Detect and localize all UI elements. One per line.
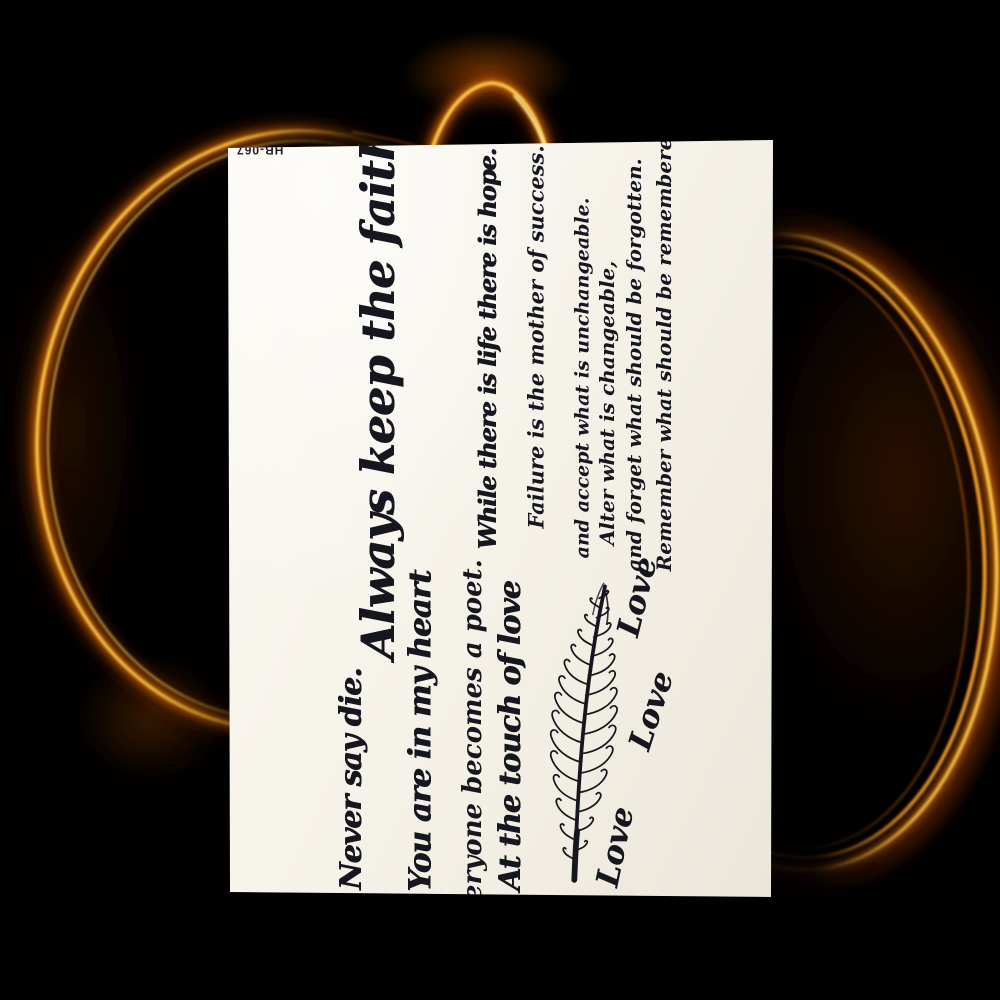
script-line-failure: Failure is the mother of success. xyxy=(526,145,547,528)
script-line-everyone-becomes-a-poet: everyone becomes a poet. xyxy=(460,559,486,933)
script-line-forget: and forget what should be forgotten. xyxy=(624,158,644,571)
script-line-remember: Remember what should be remembered, xyxy=(654,117,674,572)
product-photo: HB-067 Remember what should be remembere… xyxy=(0,0,1000,1000)
glow-cloud-top xyxy=(402,32,572,116)
script-line-never-say-die: Never say die. xyxy=(337,668,367,889)
love-script-2: Love xyxy=(625,668,679,754)
tattoo-sheet: HB-067 Remember what should be remembere… xyxy=(228,140,773,898)
script-line-at-the-touch-of-love: At the touch of love xyxy=(496,581,526,891)
script-line-alter: Alter what is changeable, xyxy=(597,261,617,545)
script-line-while-there-is-life: While there is life there is hope. xyxy=(476,149,500,549)
script-line-you-are-in-my-heart: You are in my heart xyxy=(406,570,437,891)
script-line-always-keep-the-faith: Always keep the faith xyxy=(355,129,401,660)
glow-cloud-right xyxy=(755,225,1000,735)
script-line-accept: and accept what is unchangeable. xyxy=(574,198,593,559)
